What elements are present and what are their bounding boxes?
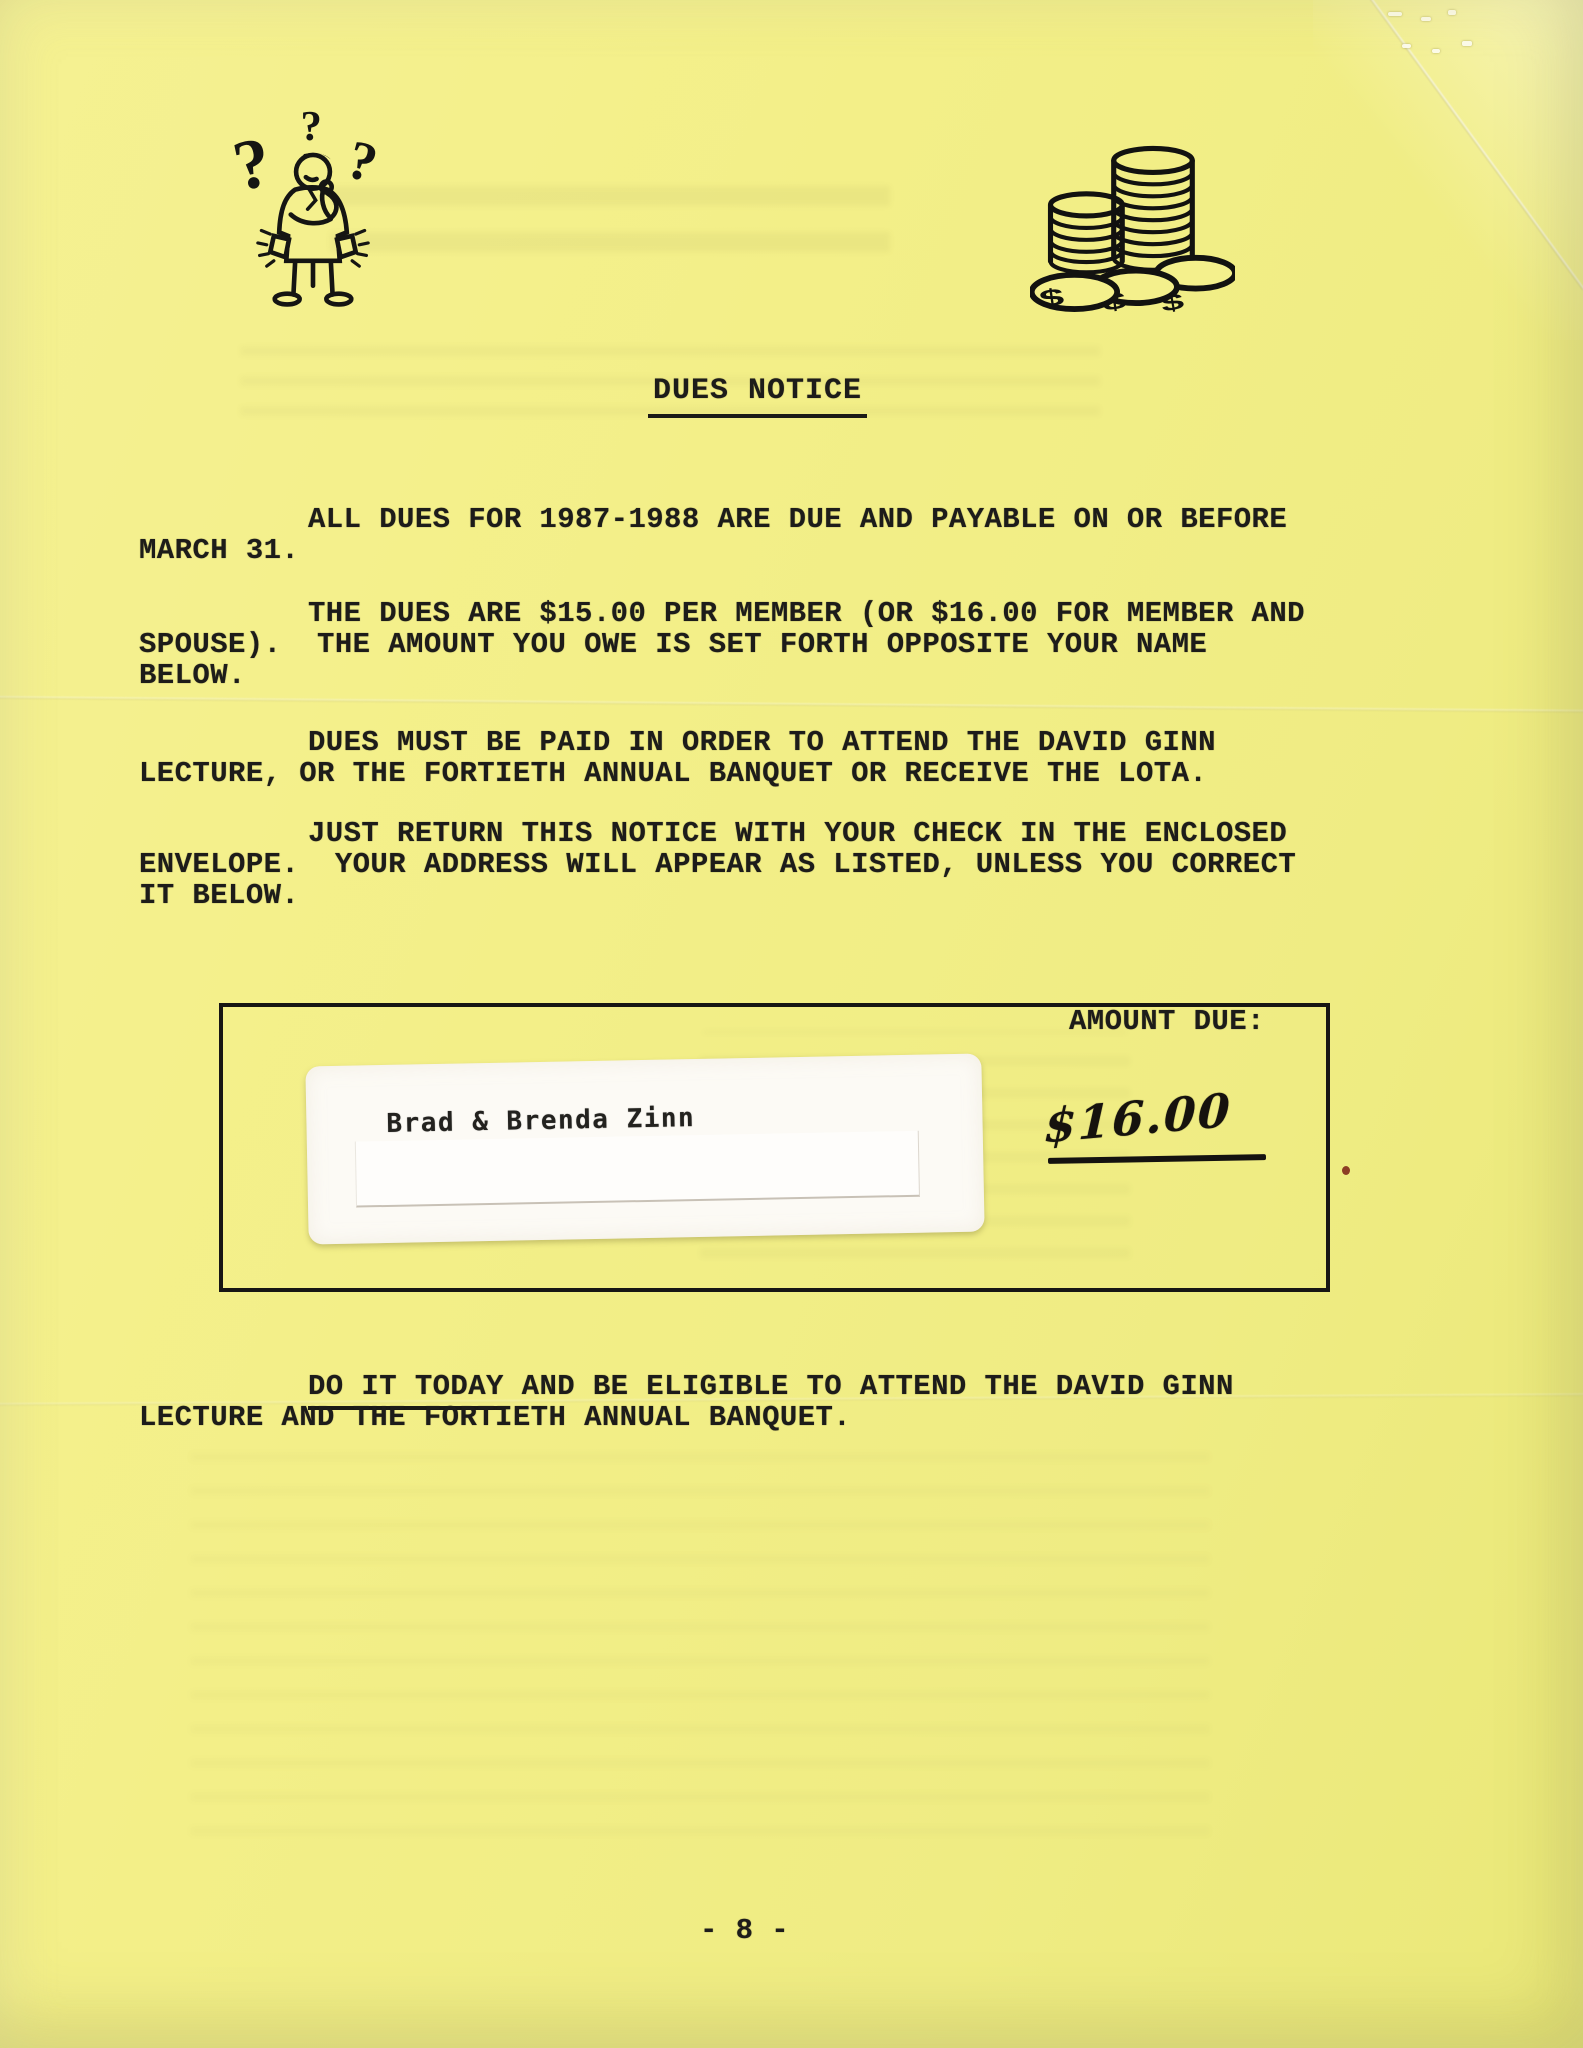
bleed-through-ghost xyxy=(190,1440,1210,1860)
body-line: BELOW. xyxy=(139,660,1379,691)
member-address-label: Brad & Brenda Zinn xyxy=(305,1054,984,1245)
pencil-speck xyxy=(1402,44,1411,48)
svg-text:?: ? xyxy=(301,104,322,150)
svg-text:?: ? xyxy=(227,123,278,207)
dues-notice-scan: ? ? ? $ xyxy=(0,0,1583,2048)
corner-fold-crease xyxy=(1370,0,1583,290)
body-line: DUES MUST BE PAID IN ORDER TO ATTEND THE… xyxy=(139,727,1379,758)
body-line: ALL DUES FOR 1987-1988 ARE DUE AND PAYAB… xyxy=(139,504,1379,535)
pencil-speck xyxy=(1462,41,1472,46)
body-line: ENVELOPE. YOUR ADDRESS WILL APPEAR AS LI… xyxy=(139,849,1379,880)
page-title-text: DUES NOTICE xyxy=(648,374,867,418)
red-ink-speck xyxy=(1342,1166,1350,1175)
member-name: Brad & Brenda Zinn xyxy=(386,1103,695,1139)
body-line: IT BELOW. xyxy=(139,880,1379,911)
pencil-speck xyxy=(1448,10,1456,15)
body-line: JUST RETURN THIS NOTICE WITH YOUR CHECK … xyxy=(139,818,1379,849)
pencil-speck xyxy=(1432,49,1440,53)
svg-text:?: ? xyxy=(341,128,383,194)
confused-man-icon: ? ? ? xyxy=(224,104,402,309)
body-line: THE DUES ARE $15.00 PER MEMBER (OR $16.0… xyxy=(139,598,1379,629)
body-line: SPOUSE). THE AMOUNT YOU OWE IS SET FORTH… xyxy=(139,629,1379,660)
paragraph-return-notice: JUST RETURN THIS NOTICE WITH YOUR CHECK … xyxy=(139,818,1379,911)
paragraph-must-be-paid: DUES MUST BE PAID IN ORDER TO ATTEND THE… xyxy=(139,727,1379,789)
amount-underline xyxy=(1048,1154,1266,1164)
amount-due-box: AMOUNT DUE: Brad & Brenda Zinn $16.00 xyxy=(219,1003,1330,1292)
handwritten-amount: $16.00 xyxy=(1043,1083,1232,1154)
corner-fold-highlight xyxy=(1313,0,1583,340)
coin-stacks-icon: $ $ $ xyxy=(1030,126,1235,323)
svg-text:$: $ xyxy=(1037,283,1065,313)
closing-rest: AND BE ELIGIBLE TO ATTEND THE DAVID GINN xyxy=(504,1370,1234,1403)
paragraph-closing: DO IT TODAY AND BE ELIGIBLE TO ATTEND TH… xyxy=(139,1371,1379,1433)
paragraph-dues-amount: THE DUES ARE $15.00 PER MEMBER (OR $16.0… xyxy=(139,598,1379,691)
page-number: - 8 - xyxy=(700,1914,900,1947)
body-line: DO IT TODAY AND BE ELIGIBLE TO ATTEND TH… xyxy=(139,1371,1379,1402)
paragraph-due-date: ALL DUES FOR 1987-1988 ARE DUE AND PAYAB… xyxy=(139,504,1379,566)
inner-label-edge xyxy=(355,1131,920,1208)
body-line: MARCH 31. xyxy=(139,535,1379,566)
body-line: LECTURE AND THE FORTIETH ANNUAL BANQUET. xyxy=(139,1402,1379,1433)
pencil-speck xyxy=(1421,17,1431,21)
bleed-through-ghost xyxy=(330,168,890,278)
amount-due-label: AMOUNT DUE: xyxy=(1069,1005,1265,1038)
page-title: DUES NOTICE xyxy=(648,374,867,408)
body-line: LECTURE, OR THE FORTIETH ANNUAL BANQUET … xyxy=(139,758,1379,789)
pencil-speck xyxy=(1388,12,1402,16)
horizontal-fold-crease xyxy=(0,696,1583,713)
